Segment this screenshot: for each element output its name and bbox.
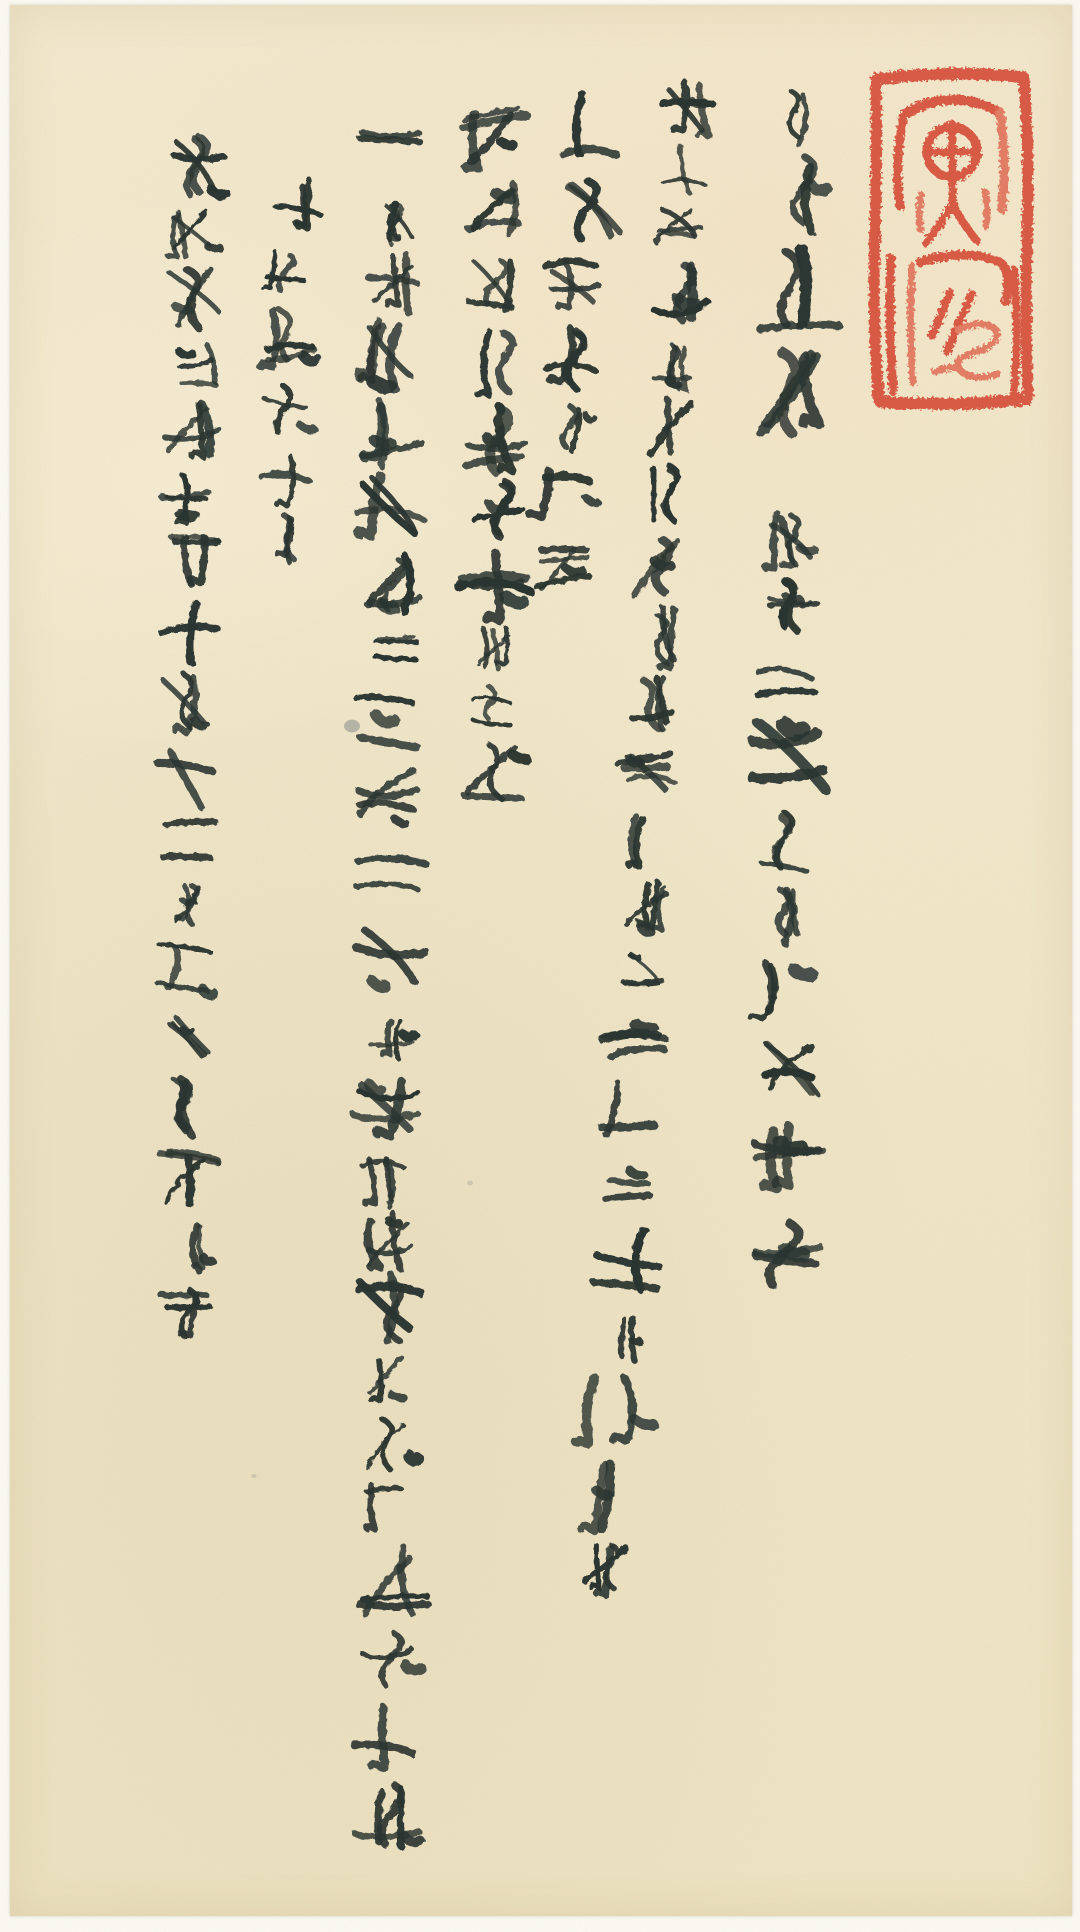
document-scan — [0, 0, 1080, 1932]
letter-paper — [10, 5, 1072, 1916]
